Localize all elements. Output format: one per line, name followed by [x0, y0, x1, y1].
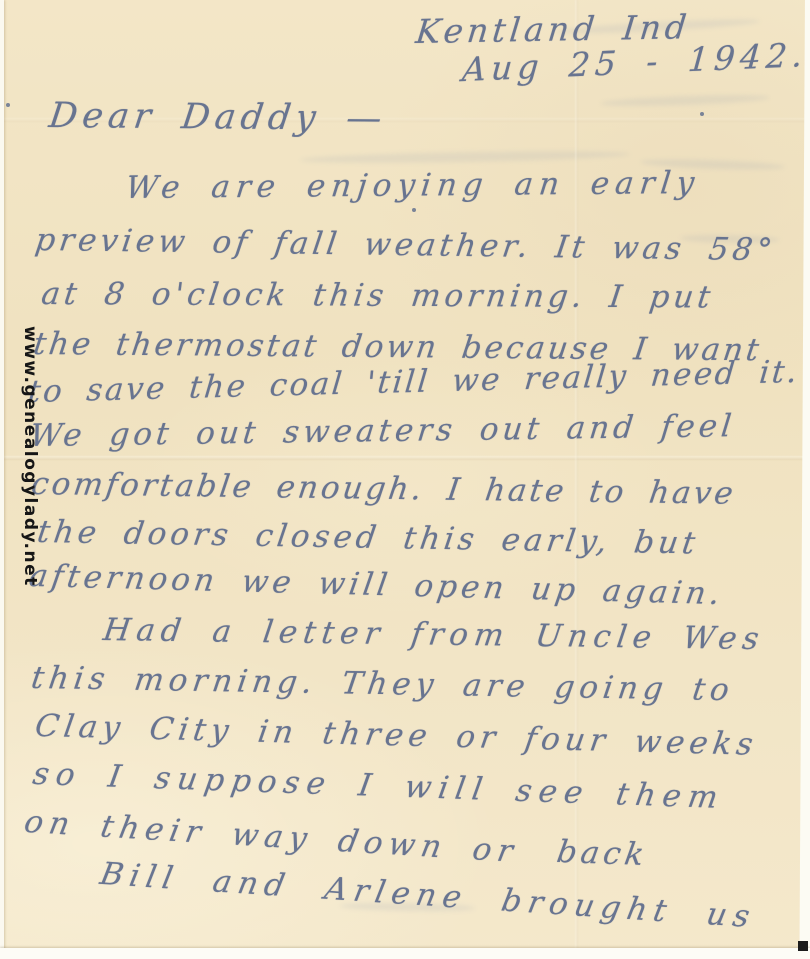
handwritten-line: the doors closed this early, but [35, 514, 701, 561]
handwritten-line: Had a letter from Uncle Wes [101, 612, 767, 657]
handwritten-line: at 8 o'clock this morning. I put [39, 276, 716, 315]
handwritten-line: comfortable enough. I hate to have [29, 466, 738, 512]
handwritten-line: Bill and Arlene brought us [97, 856, 759, 935]
scan-edge-right [798, 0, 810, 959]
ink-speck [700, 112, 704, 116]
salutation-line: Dear Daddy — [47, 96, 389, 139]
ink-bleed-mark [600, 93, 770, 108]
ink-speck [6, 103, 10, 107]
scan-corner-mark [798, 941, 808, 951]
fold-crease-horizontal [0, 456, 810, 460]
handwritten-line: so I suppose I will see them [30, 756, 727, 816]
handwritten-line: afternoon we will open up again. [27, 558, 727, 612]
letter-scan-page: Kentland Ind Aug 25 - 1942. Dear Daddy —… [0, 0, 810, 959]
ink-speck [412, 208, 416, 212]
handwritten-line: back [554, 834, 650, 873]
handwritten-line: Clay City in three or four weeks [33, 708, 761, 763]
scan-edge-bottom [0, 948, 810, 959]
watermark-text: www.genealogylady.net [20, 326, 40, 587]
handwritten-line: We are enjoying an early [124, 165, 702, 206]
handwritten-line: on their way down or [21, 804, 521, 870]
scan-edge-left [0, 0, 4, 959]
handwritten-line: We got out sweaters out and feel [28, 408, 737, 454]
handwritten-line: preview of fall weather. It was 58° [33, 222, 778, 268]
handwritten-line: this morning. They are going to [29, 660, 736, 708]
ink-bleed-mark [300, 149, 630, 165]
